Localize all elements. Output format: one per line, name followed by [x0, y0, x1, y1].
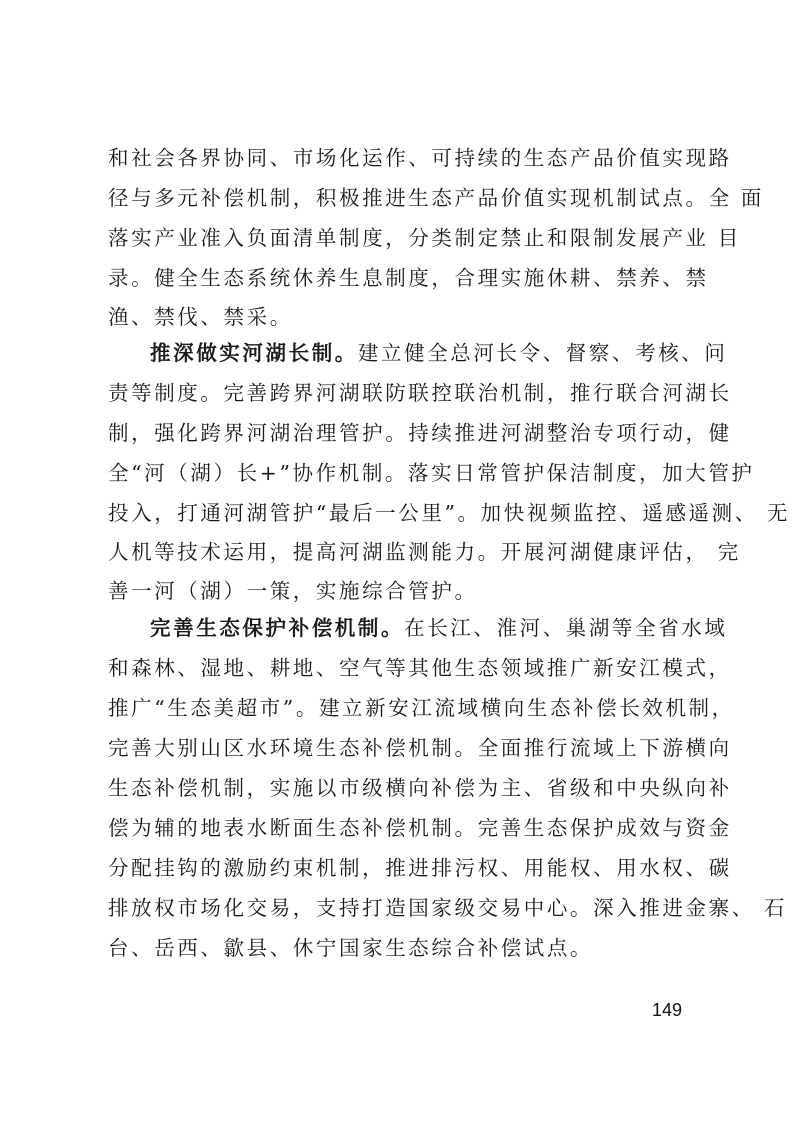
- page-number: 149: [652, 1000, 682, 1021]
- paragraph-3-line-3: 推广“生态美超市”。建立新安江流域横向生态补偿长效机制，: [108, 693, 735, 723]
- paragraph-2-line-5: 投入，打通河湖管护“最后一公里”。加快视频监控、遥感遥测、 无: [108, 498, 790, 528]
- paragraph-3-line-5: 生态补偿机制，实施以市级横向补偿为主、省级和中央纵向补: [108, 773, 732, 803]
- paragraph-3-line-2: 和森林、湿地、耕地、空气等其他生态领域推广新安江模式，: [108, 653, 732, 683]
- paragraph-2-line-2: 责等制度。完善跨界河湖联防联控联治机制，推行联合河湖长: [108, 378, 732, 408]
- document-page: 和社会各界协同、市场化运作、可持续的生态产品价值实现路 径与多元补偿机制，积极推…: [0, 0, 793, 1122]
- paragraph-3-line-7: 分配挂钩的激励约束机制，推进排污权、用能权、用水权、碳: [108, 853, 732, 883]
- paragraph-2-line-3: 制，强化跨界河湖治理管护。持续推进河湖整治专项行动，健: [108, 418, 732, 448]
- paragraph-1-line-5: 渔、禁伐、禁采。: [108, 302, 293, 332]
- paragraph-3-line-1: 完善生态保护补偿机制。在长江、淮河、巢湖等全省水域: [150, 613, 728, 643]
- paragraph-3-line-4: 完善大别山区水环境生态补偿机制。全面推行流域上下游横向: [108, 733, 732, 763]
- paragraph-2-line-6: 人机等技术运用，提高河湖监测能力。开展河湖健康评估， 完: [108, 537, 741, 567]
- paragraph-3-line-6: 偿为辅的地表水断面生态补偿机制。完善生态保护成效与资金: [108, 813, 732, 843]
- section-heading-eco-compensation: 完善生态保护补偿机制。: [150, 616, 404, 640]
- paragraph-2-line-7: 善一河（湖）一策，实施综合管护。: [108, 576, 478, 606]
- paragraph-1-line-3: 落实产业准入负面清单制度，分类制定禁止和限制发展产业 目: [108, 223, 741, 253]
- paragraph-2-line-1: 推深做实河湖长制。建立健全总河长令、督察、考核、问: [150, 338, 728, 368]
- paragraph-2-line-1-text: 建立健全总河长令、督察、考核、问: [358, 341, 728, 365]
- paragraph-1-line-2: 径与多元补偿机制，积极推进生态产品价值实现机制试点。全 面: [108, 183, 764, 213]
- paragraph-1-line-1: 和社会各界协同、市场化运作、可持续的生态产品价值实现路: [108, 143, 732, 173]
- paragraph-3-line-1-text: 在长江、淮河、巢湖等全省水域: [404, 616, 727, 640]
- paragraph-3-line-9: 台、岳西、歙县、休宁国家生态综合补偿试点。: [108, 933, 593, 963]
- paragraph-2-line-4: 全“河（湖）长+”协作机制。落实日常管护保洁制度，加大管护: [108, 458, 755, 488]
- section-heading-river-lake-chief: 推深做实河湖长制。: [150, 341, 358, 365]
- paragraph-3-line-8: 排放权市场化交易，支持打造国家级交易中心。深入推进金寨、 石: [108, 893, 787, 923]
- paragraph-1-line-4: 录。健全生态系统休养生息制度，合理实施休耕、禁养、禁: [108, 263, 709, 293]
